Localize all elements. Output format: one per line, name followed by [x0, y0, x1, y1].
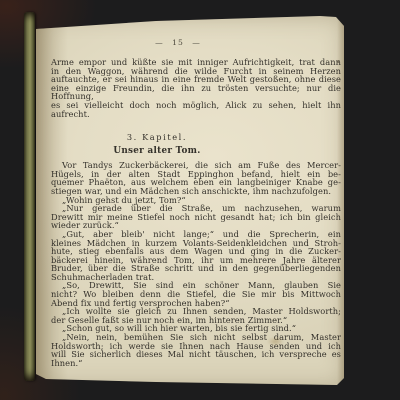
chapter-number: 3. Kapitel.	[51, 132, 263, 142]
page-content: — 15 — Arme empor und küßte sie mit inni…	[51, 16, 341, 367]
text-line: eine einzige Freundin, die ihn zu tröste…	[51, 84, 341, 101]
paragraph: „Nur gerade über die Straße, um nachzuse…	[51, 204, 341, 230]
paragraph: Vor Tandys Zuckerbäckerei, die sich am F…	[51, 161, 341, 195]
text-line: will Sie sicherlich dieses Mal nicht täu…	[51, 350, 341, 359]
text-line: es sei vielleicht doch noch möglich, Ali…	[51, 101, 341, 118]
book-page: — 15 — Arme empor und küßte sie mit inni…	[36, 16, 344, 386]
book-scan: — 15 — Arme empor und küßte sie mit inni…	[0, 0, 400, 400]
intro-paragraphs: Arme empor und küßte sie mit inniger Auf…	[51, 58, 341, 118]
paragraph: Arme empor und küßte sie mit inniger Auf…	[51, 58, 341, 118]
chapter-title: Unser alter Tom.	[51, 146, 263, 156]
paper-stain	[267, 337, 284, 346]
ink-speck	[337, 60, 340, 63]
paragraph: „Nein, nein, bemühen Sie sich nicht selb…	[51, 333, 341, 367]
book-cover-edge	[24, 12, 35, 381]
page-number: — 15 —	[51, 38, 305, 47]
chapter-heading: 3. Kapitel. Unser alter Tom.	[51, 132, 263, 156]
paragraph: „Ich wollte sie gleich zu Ihnen senden, …	[51, 307, 341, 324]
paragraph: „Gut, aber bleib' nicht lange;“ und die …	[51, 230, 341, 282]
text-body: Arme empor und küßte sie mit inniger Auf…	[51, 58, 341, 367]
paragraph: „So, Drewitt, Sie sind ein schöner Mann,…	[51, 281, 341, 307]
chapter-paragraphs: Vor Tandys Zuckerbäckerei, die sich am F…	[51, 161, 341, 367]
text-line: Ihnen.“	[51, 359, 341, 368]
